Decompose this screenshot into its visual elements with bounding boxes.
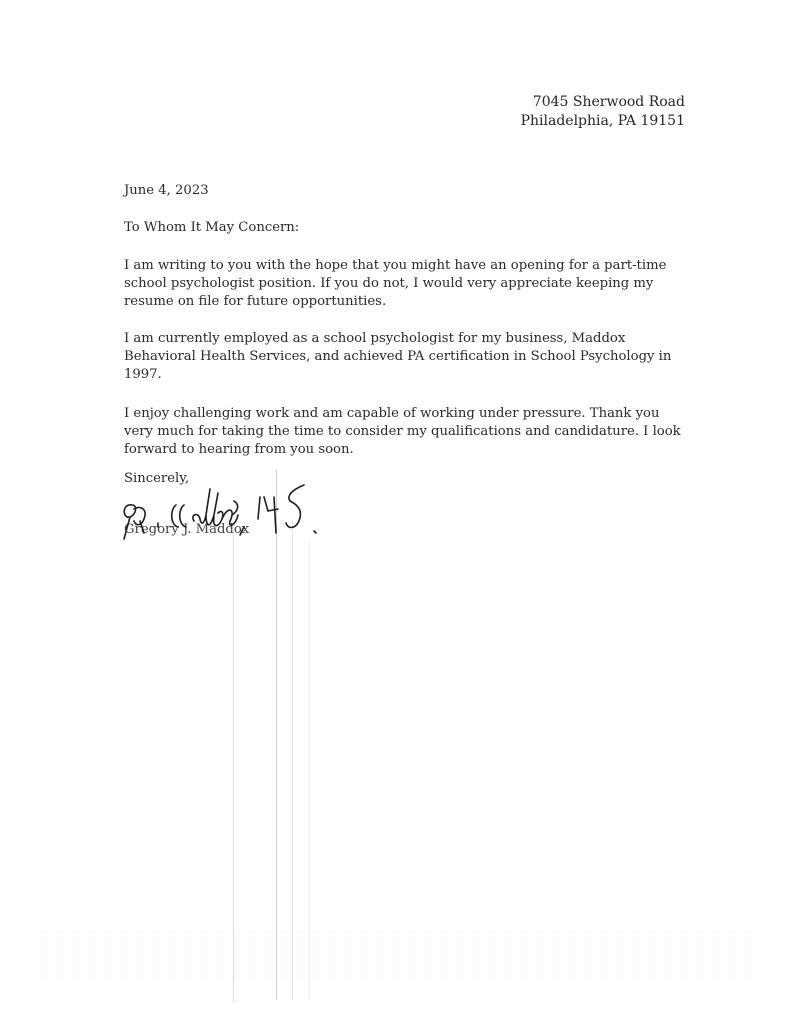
- letter-date: June 4, 2023: [124, 182, 209, 200]
- salutation: To Whom It May Concern:: [124, 219, 299, 237]
- scan-line: [292, 520, 293, 1000]
- scan-line: [276, 470, 277, 1000]
- body-paragraph-3: I enjoy challenging work and am capable …: [124, 405, 684, 459]
- letter-page: 7045 Sherwood Road Philadelphia, PA 1915…: [0, 0, 791, 1024]
- address-street: 7045 Sherwood Road: [521, 93, 685, 112]
- address-city-state-zip: Philadelphia, PA 19151: [521, 112, 685, 131]
- body-paragraph-2: I am currently employed as a school psyc…: [124, 330, 684, 384]
- scan-line: [233, 532, 234, 1002]
- body-paragraph-1: I am writing to you with the hope that y…: [124, 257, 684, 311]
- sender-address: 7045 Sherwood Road Philadelphia, PA 1915…: [521, 93, 685, 131]
- scan-artifact: [40, 930, 760, 980]
- scan-line: [309, 540, 310, 1000]
- signature-icon: [118, 475, 328, 545]
